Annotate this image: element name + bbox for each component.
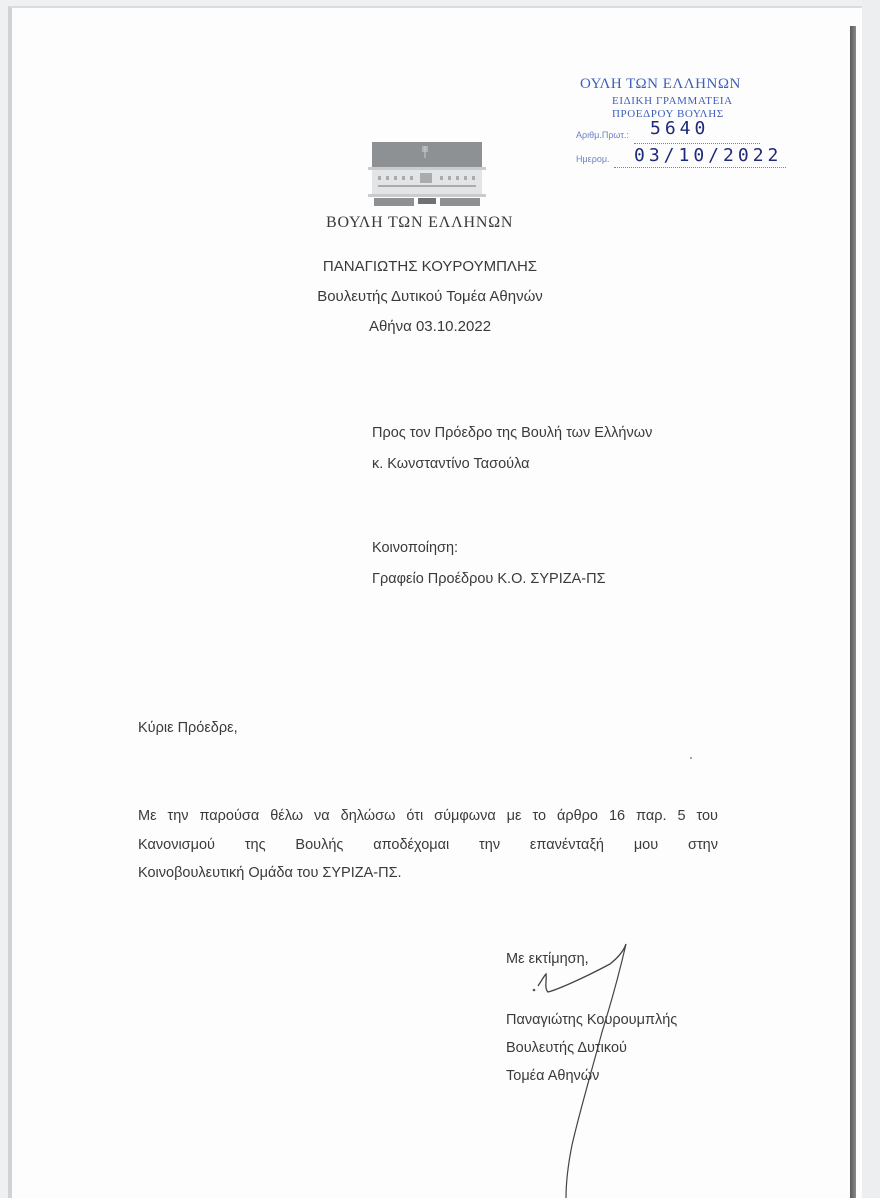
page-edge-shadow: [850, 26, 856, 1198]
body-line-3: Κοινοβουλευτική Ομάδα του ΣΥΡΙΖΑ-ΠΣ.: [138, 859, 718, 888]
letterhead-title: ΒΟΥΛΗ ΤΩΝ ΕΛΛΗΝΩΝ: [326, 214, 513, 232]
sender-block: ΠΑΝΑΓΙΩΤΗΣ ΚΟΥΡΟΥΜΠΛΗΣ Βουλευτής Δυτικού…: [240, 256, 620, 346]
date-label: Ημερομ.: [576, 154, 610, 164]
cc-label: Κοινοποίηση:: [372, 540, 458, 556]
stamp-date: 03/10/2022: [634, 145, 782, 166]
recipient-line-2: κ. Κωνσταντίνο Τασούλα: [372, 456, 530, 472]
stamp-subtitle-1: ΕΙΔΙΚΗ ΓΡΑΜΜΑΤΕΙΑ: [612, 95, 733, 107]
receipt-stamp: ΟΥΛΗ ΤΩΝ ΕΛΛΗΝΩΝ ΕΙΔΙΚΗ ΓΡΑΜΜΑΤΕΙΑ ΠΡΟΕΔ…: [576, 74, 816, 174]
body-line-1: Με την παρούσα θέλω να δηλώσω ότι σύμφων…: [138, 802, 718, 831]
place-date: Αθήνα 03.10.2022: [240, 316, 620, 346]
stamp-title: ΟΥΛΗ ΤΩΝ ΕΛΛΗΝΩΝ: [580, 76, 741, 93]
handwritten-signature-icon: [520, 940, 640, 1198]
date-dotted-line: [614, 166, 786, 168]
scan-border: [862, 0, 880, 1198]
protocol-number: 5640: [650, 118, 709, 139]
sender-name: ΠΑΝΑΓΙΩΤΗΣ ΚΟΥΡΟΥΜΠΛΗΣ: [240, 256, 620, 286]
parliament-emblem-icon: [368, 140, 486, 210]
body-paragraph: Με την παρούσα θέλω να δηλώσω ότι σύμφων…: [138, 802, 718, 888]
sender-role: Βουλευτής Δυτικού Τομέα Αθηνών: [240, 286, 620, 316]
body-line-2: Κανονισμού της Βουλής αποδέχομαι την επα…: [138, 831, 718, 860]
protocol-dotted-line: [634, 142, 760, 144]
cc-value: Γραφείο Προέδρου Κ.Ο. ΣΥΡΙΖΑ-ΠΣ: [372, 571, 606, 587]
recipient-line-1: Προς τον Πρόεδρο της Βουλή των Ελλήνων: [372, 425, 652, 441]
scan-speck: [690, 757, 692, 759]
protocol-label: Αριθμ.Πρωτ.:: [576, 130, 629, 140]
salutation: Κύριε Πρόεδρε,: [138, 720, 238, 736]
